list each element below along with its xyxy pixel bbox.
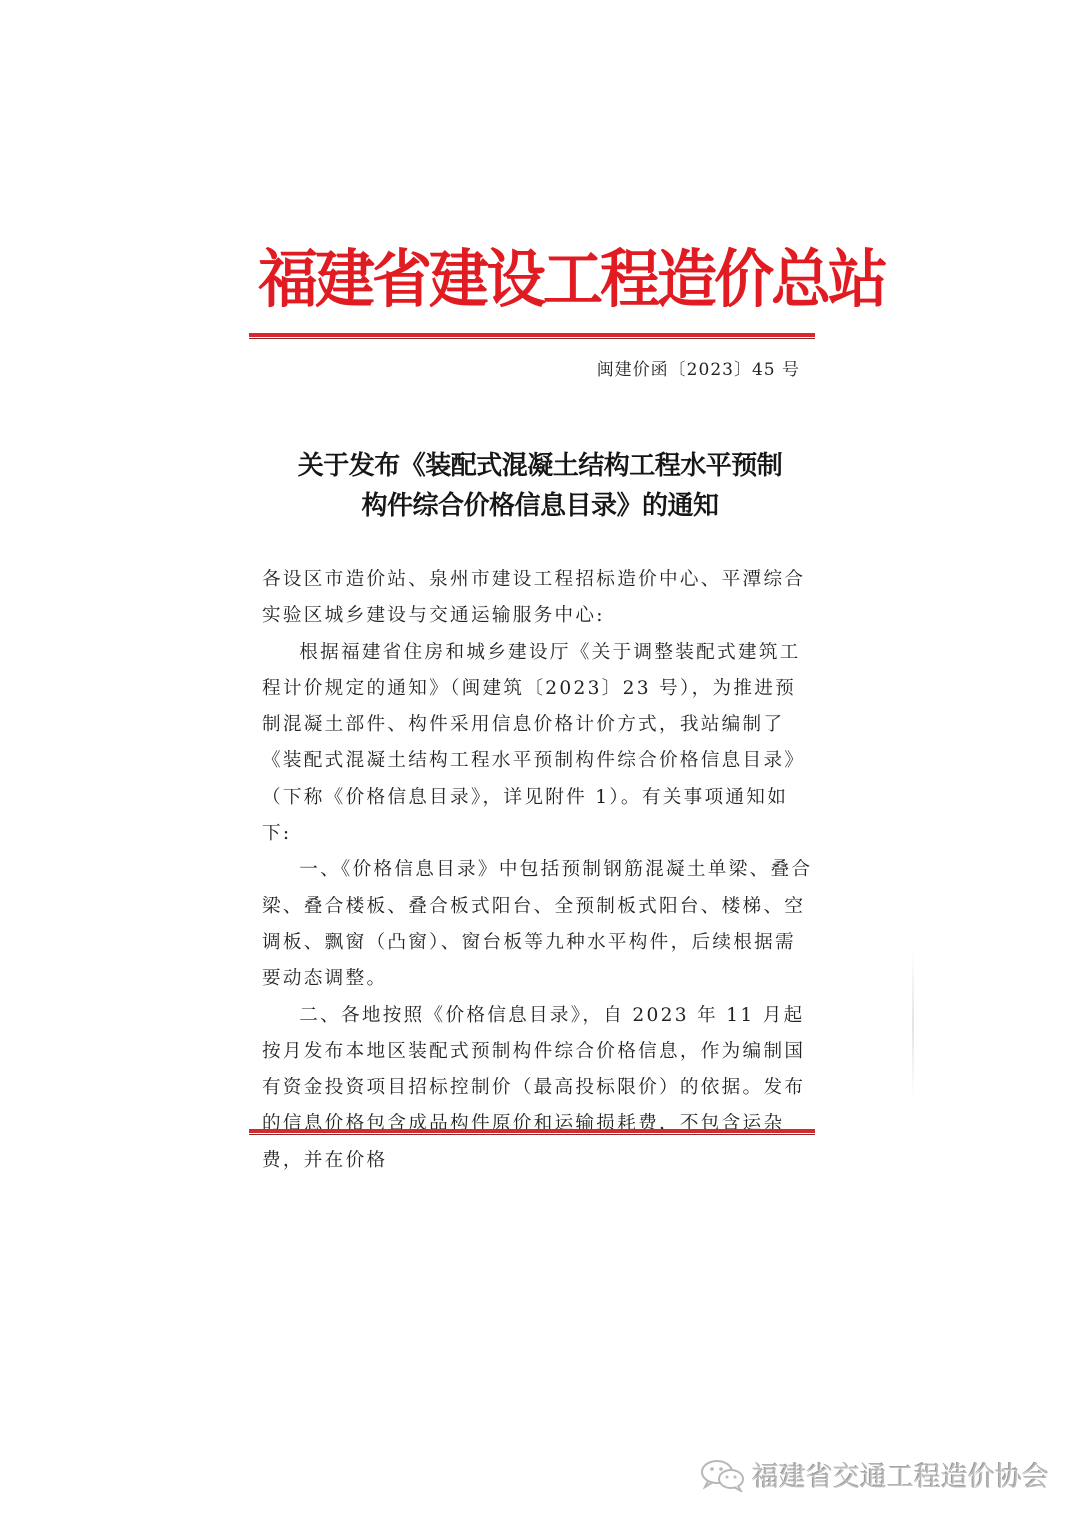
notice-title: 关于发布《装配式混凝土结构工程水平预制 构件综合价格信息目录》的通知 [250,446,830,526]
rule-thick-line [249,1129,815,1133]
page-edge-shadow [912,950,914,1100]
source-watermark: 福建省交通工程造价协会 [700,1455,1049,1494]
paragraph: 一、《价格信息目录》中包括预制钢筋混凝土单梁、叠合梁、叠合楼板、叠合板式阳台、全… [262,852,814,997]
paragraph: 根据福建省住房和城乡建设厅《关于调整装配式建筑工程计价规定的通知》（闽建筑〔20… [262,635,814,853]
title-line: 构件综合价格信息目录》的通知 [250,486,830,526]
title-line: 关于发布《装配式混凝土结构工程水平预制 [250,446,830,486]
issuer-masthead: 福建省建设工程造价总站 [258,238,818,322]
addressee: 各设区市造价站、泉州市建设工程招标造价中心、平潭综合实验区城乡建设与交通运输服务… [262,562,814,635]
rule-thin-line [249,1134,815,1135]
document-number: 闽建价函〔2023〕45 号 [560,355,800,380]
wechat-icon [700,1458,746,1492]
paragraph: 二、各地按照《价格信息目录》，自 2023 年 11 月起按月发布本地区装配式预… [262,998,814,1179]
rule-thin-line [249,338,815,339]
notice-body: 各设区市造价站、泉州市建设工程招标造价中心、平潭综合实验区城乡建设与交通运输服务… [262,562,814,1179]
footer-red-rule [249,1129,815,1135]
rule-thick-line [249,333,815,337]
watermark-text: 福建省交通工程造价协会 [752,1455,1049,1494]
masthead-red-rule [249,333,815,339]
